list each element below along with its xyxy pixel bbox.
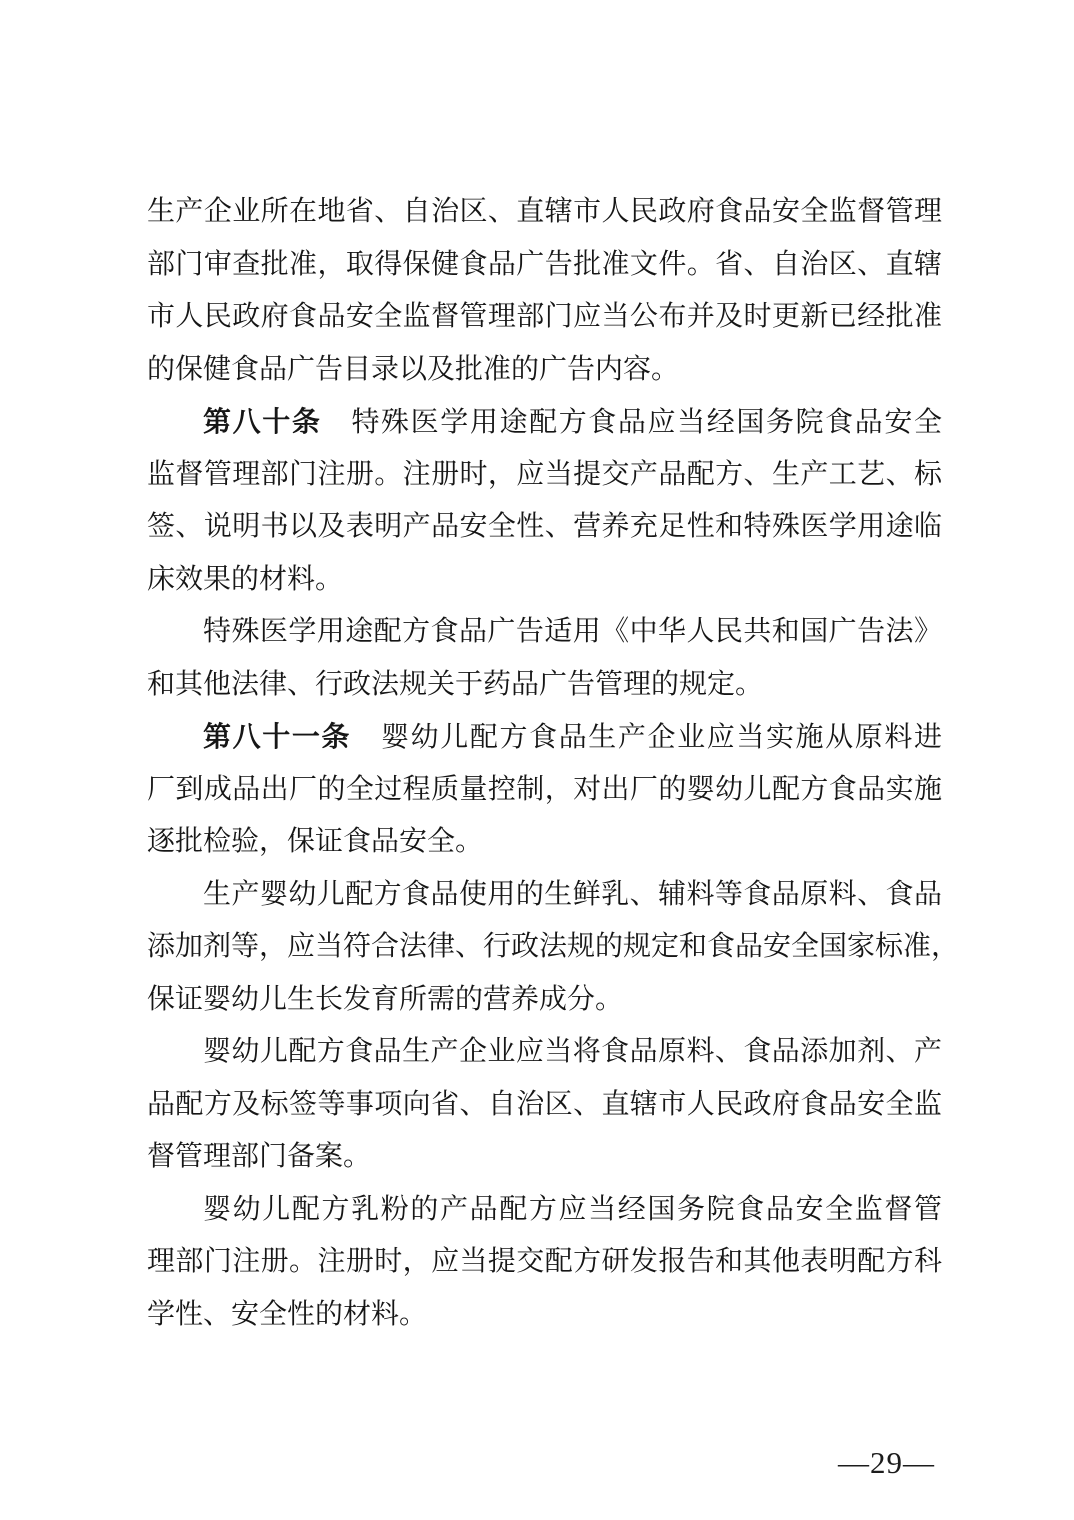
line-text: 床效果的材料。	[147, 564, 343, 595]
line-text: 生产婴幼儿配方食品使用的生鲜乳、辅料等食品原料、食品	[203, 879, 942, 910]
line-text: 部门审查批准，取得保健食品广告批准文件。省、自治区、直辖	[147, 249, 942, 280]
line-text: 品配方及标签等事项向省、自治区、直辖市人民政府食品安全监	[147, 1089, 942, 1120]
text-line: 厂到成品出厂的全过程质量控制，对出厂的婴幼儿配方食品实施	[147, 764, 942, 817]
line-text: 和其他法律、行政法规关于药品广告管理的规定。	[147, 669, 763, 700]
text-line: 第八十条特殊医学用途配方食品应当经国务院食品安全	[147, 396, 942, 449]
line-text: 生产企业所在地省、自治区、直辖市人民政府食品安全监督管理	[147, 196, 942, 227]
line-text: 添加剂等，应当符合法律、行政法规的规定和食品安全国家标准，	[147, 931, 959, 962]
line-text: 的保健食品广告目录以及批准的广告内容。	[147, 354, 679, 385]
line-text: 厂到成品出厂的全过程质量控制，对出厂的婴幼儿配方食品实施	[147, 774, 942, 805]
line-text: 理部门注册。注册时，应当提交配方研发报告和其他表明配方科	[147, 1246, 942, 1277]
text-line: 特殊医学用途配方食品广告适用《中华人民共和国广告法》	[147, 606, 942, 659]
text-line: 保证婴幼儿生长发育所需的营养成分。	[147, 974, 942, 1027]
line-text: 保证婴幼儿生长发育所需的营养成分。	[147, 984, 623, 1015]
text-line: 学性、安全性的材料。	[147, 1289, 942, 1342]
article-number-label: 第八十一条	[203, 721, 351, 752]
text-line: 签、说明书以及表明产品安全性、营养充足性和特殊医学用途临	[147, 501, 942, 554]
line-text: 婴幼儿配方食品生产企业应当将食品原料、食品添加剂、产	[203, 1036, 942, 1067]
document-body: 生产企业所在地省、自治区、直辖市人民政府食品安全监督管理 部门审查批准，取得保健…	[147, 186, 942, 1341]
text-line: 第八十一条婴幼儿配方食品生产企业应当实施从原料进	[147, 711, 942, 764]
text-line: 市人民政府食品安全监督管理部门应当公布并及时更新已经批准	[147, 291, 942, 344]
text-line: 品配方及标签等事项向省、自治区、直辖市人民政府食品安全监	[147, 1079, 942, 1132]
text-line: 添加剂等，应当符合法律、行政法规的规定和食品安全国家标准，	[147, 921, 942, 974]
text-line: 婴幼儿配方乳粉的产品配方应当经国务院食品安全监督管	[147, 1184, 942, 1237]
text-line: 和其他法律、行政法规关于药品广告管理的规定。	[147, 659, 942, 712]
line-text: 特殊医学用途配方食品应当经国务院食品安全	[351, 407, 942, 438]
line-text: 签、说明书以及表明产品安全性、营养充足性和特殊医学用途临	[147, 511, 942, 542]
text-line: 部门审查批准，取得保健食品广告批准文件。省、自治区、直辖	[147, 239, 942, 292]
text-line: 床效果的材料。	[147, 554, 942, 607]
line-text: 市人民政府食品安全监督管理部门应当公布并及时更新已经批准	[147, 301, 942, 332]
line-text: 婴幼儿配方乳粉的产品配方应当经国务院食品安全监督管	[203, 1194, 942, 1225]
text-line: 的保健食品广告目录以及批准的广告内容。	[147, 344, 942, 397]
line-text: 逐批检验，保证食品安全。	[147, 826, 483, 857]
text-line: 督管理部门备案。	[147, 1131, 942, 1184]
line-text: 特殊医学用途配方食品广告适用《中华人民共和国广告法》	[203, 616, 942, 647]
text-line: 监督管理部门注册。注册时，应当提交产品配方、生产工艺、标	[147, 449, 942, 502]
line-text: 督管理部门备案。	[147, 1141, 371, 1172]
document-page: 生产企业所在地省、自治区、直辖市人民政府食品安全监督管理 部门审查批准，取得保健…	[0, 0, 1074, 1520]
text-line: 婴幼儿配方食品生产企业应当将食品原料、食品添加剂、产	[147, 1026, 942, 1079]
line-text: 学性、安全性的材料。	[147, 1299, 427, 1330]
text-line: 理部门注册。注册时，应当提交配方研发报告和其他表明配方科	[147, 1236, 942, 1289]
article-number-label: 第八十条	[203, 406, 321, 437]
line-text: 监督管理部门注册。注册时，应当提交产品配方、生产工艺、标	[147, 459, 942, 490]
text-line: 生产企业所在地省、自治区、直辖市人民政府食品安全监督管理	[147, 186, 942, 239]
page-number: —29—	[838, 1446, 935, 1480]
text-line: 生产婴幼儿配方食品使用的生鲜乳、辅料等食品原料、食品	[147, 869, 942, 922]
text-line: 逐批检验，保证食品安全。	[147, 816, 942, 869]
line-text: 婴幼儿配方食品生产企业应当实施从原料进	[381, 722, 942, 753]
